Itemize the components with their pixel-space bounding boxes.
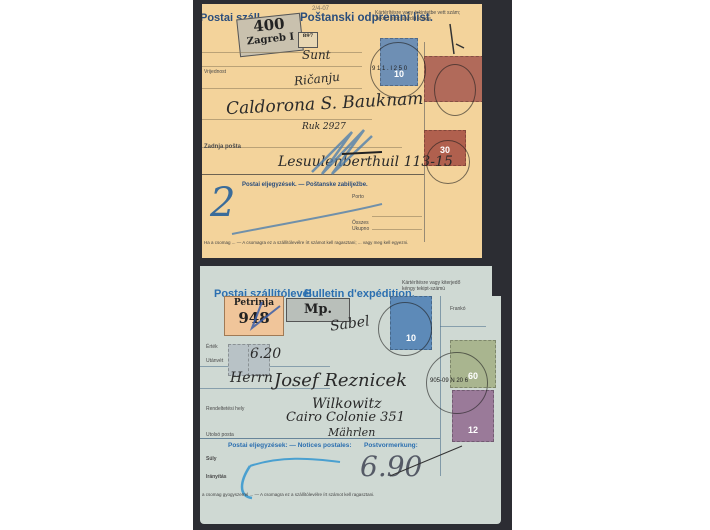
footnote: a csomag gyogyszerrel ... — A csomagra e… [202, 492, 374, 497]
footnote: Ha a csomag ... — A csomagra ez a szállí… [204, 240, 408, 245]
torn-edge [492, 266, 501, 296]
parcel-card-bottom: Postai szállítólevél Bulletin d'expéditi… [200, 266, 501, 524]
blue-pencil-marks [202, 4, 482, 258]
parcel-card-top: Postai száll Poštanski odpremni list. 2/… [202, 4, 482, 258]
blue-pencil-marks [200, 266, 501, 524]
